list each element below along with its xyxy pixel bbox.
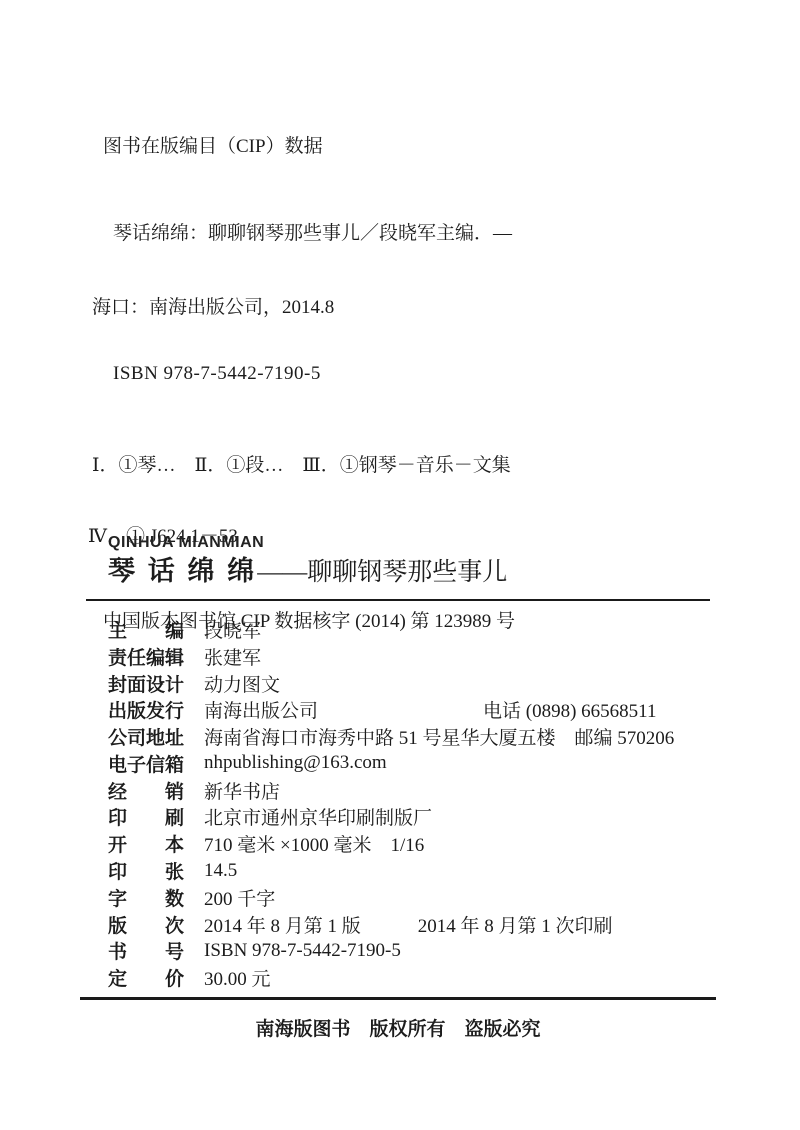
colophon-rows: 主 编 段晓军 责任编辑 张建军 封面设计 动力图文 出版发行 南海出版公司 电…	[108, 616, 688, 991]
colophon-row-value: 710 毫米 ×1000 毫米 1/16	[204, 830, 424, 857]
colophon-row: 定 价 30.00 元	[108, 964, 688, 991]
cip-title-line: 琴话绵绵：聊聊钢琴那些事儿／段晓军主编．—	[85, 223, 705, 245]
book-title-row: 琴 话 绵 绵 ——聊聊钢琴那些事儿	[108, 555, 507, 589]
book-title-subtitle: ——聊聊钢琴那些事儿	[257, 557, 507, 589]
colophon-row: 印 张 14.5	[108, 857, 688, 884]
colophon-row-label: 出版发行	[108, 696, 184, 723]
colophon-row: 印 刷 北京市通州京华印刷制版厂	[108, 804, 688, 831]
colophon-row: 开 本 710 毫米 ×1000 毫米 1/16	[108, 830, 688, 857]
book-title-main: 琴 话 绵 绵	[108, 555, 257, 587]
colophon-row-value: 南海出版公司	[204, 696, 318, 723]
colophon-row-value: 新华书店	[204, 777, 280, 804]
colophon-row-value: 14.5	[204, 860, 237, 882]
colophon-row-label: 封面设计	[108, 670, 184, 697]
colophon-row: 主 编 段晓军	[108, 616, 688, 643]
colophon-row: 公司地址 海南省海口市海秀中路 51 号星华大厦五楼 邮编 570206	[108, 723, 688, 750]
colophon-row: 封面设计 动力图文	[108, 670, 688, 697]
colophon-row-label: 印 刷	[108, 803, 184, 830]
colophon-row-value: ISBN 978-7-5442-7190-5	[204, 940, 401, 962]
colophon-row-label: 印 张	[108, 857, 184, 884]
colophon-row: 责任编辑 张建军	[108, 643, 688, 670]
colophon-row: 经 销 新华书店	[108, 777, 688, 804]
colophon-row-extra: 电话 (0898) 66568511	[483, 696, 656, 723]
footer-divider-rule	[80, 997, 716, 1000]
cip-header: 图书在版编目（CIP）数据	[85, 136, 705, 158]
colophon-row-label: 主 编	[108, 616, 184, 643]
colophon-row: 书 号 ISBN 978-7-5442-7190-5	[108, 938, 688, 965]
colophon-row-value: 北京市通州京华印刷制版厂	[204, 803, 432, 830]
colophon-row-label: 开 本	[108, 830, 184, 857]
colophon-row-label: 经 销	[108, 777, 184, 804]
cip-classification-line-1: Ⅰ．①琴… Ⅱ．①段… Ⅲ．①钢琴－音乐－文集	[85, 455, 705, 477]
cip-block: 图书在版编目（CIP）数据 琴话绵绵：聊聊钢琴那些事儿／段晓军主编．— 海口：南…	[85, 92, 705, 677]
colophon-row: 出版发行 南海出版公司 电话 (0898) 66568511	[108, 696, 688, 723]
colophon-row-value: 海南省海口市海秀中路 51 号星华大厦五楼 邮编 570206	[204, 723, 674, 750]
colophon-row-value: 段晓军	[204, 616, 261, 643]
title-divider-rule	[86, 599, 710, 601]
colophon-row-value: 动力图文	[204, 670, 280, 697]
copyright-page: 图书在版编目（CIP）数据 琴话绵绵：聊聊钢琴那些事儿／段晓军主编．— 海口：南…	[0, 0, 800, 1130]
colophon-row-label: 定 价	[108, 964, 184, 991]
copyright-notice: 南海版图书 版权所有 盗版必究	[80, 1014, 716, 1041]
colophon-row-label: 电子信箱	[108, 750, 184, 777]
book-title-pinyin: QINHUA MIANMIAN	[108, 534, 507, 551]
colophon-row-label: 责任编辑	[108, 643, 184, 670]
colophon-row-value: 200 千字	[204, 884, 275, 911]
colophon-row-value: nhpublishing@163.com	[204, 752, 387, 774]
colophon-row-label: 字 数	[108, 884, 184, 911]
colophon-row-value: 30.00 元	[204, 964, 271, 991]
colophon-row-value: 张建军	[204, 643, 261, 670]
colophon-row: 字 数 200 千字	[108, 884, 688, 911]
cip-isbn-line: ISBN 978-7-5442-7190-5	[85, 363, 705, 385]
cip-publisher-line: 海口：南海出版公司，2014.8	[85, 297, 705, 319]
colophon-row-label: 版 次	[108, 911, 184, 938]
colophon-row-label: 书 号	[108, 937, 184, 964]
book-title-block: QINHUA MIANMIAN 琴 话 绵 绵 ——聊聊钢琴那些事儿	[108, 534, 507, 589]
colophon-row: 电子信箱 nhpublishing@163.com	[108, 750, 688, 777]
colophon-row: 版 次 2014 年 8 月第 1 版 2014 年 8 月第 1 次印刷	[108, 911, 688, 938]
colophon-row-value: 2014 年 8 月第 1 版 2014 年 8 月第 1 次印刷	[204, 911, 613, 938]
colophon-row-label: 公司地址	[108, 723, 184, 750]
